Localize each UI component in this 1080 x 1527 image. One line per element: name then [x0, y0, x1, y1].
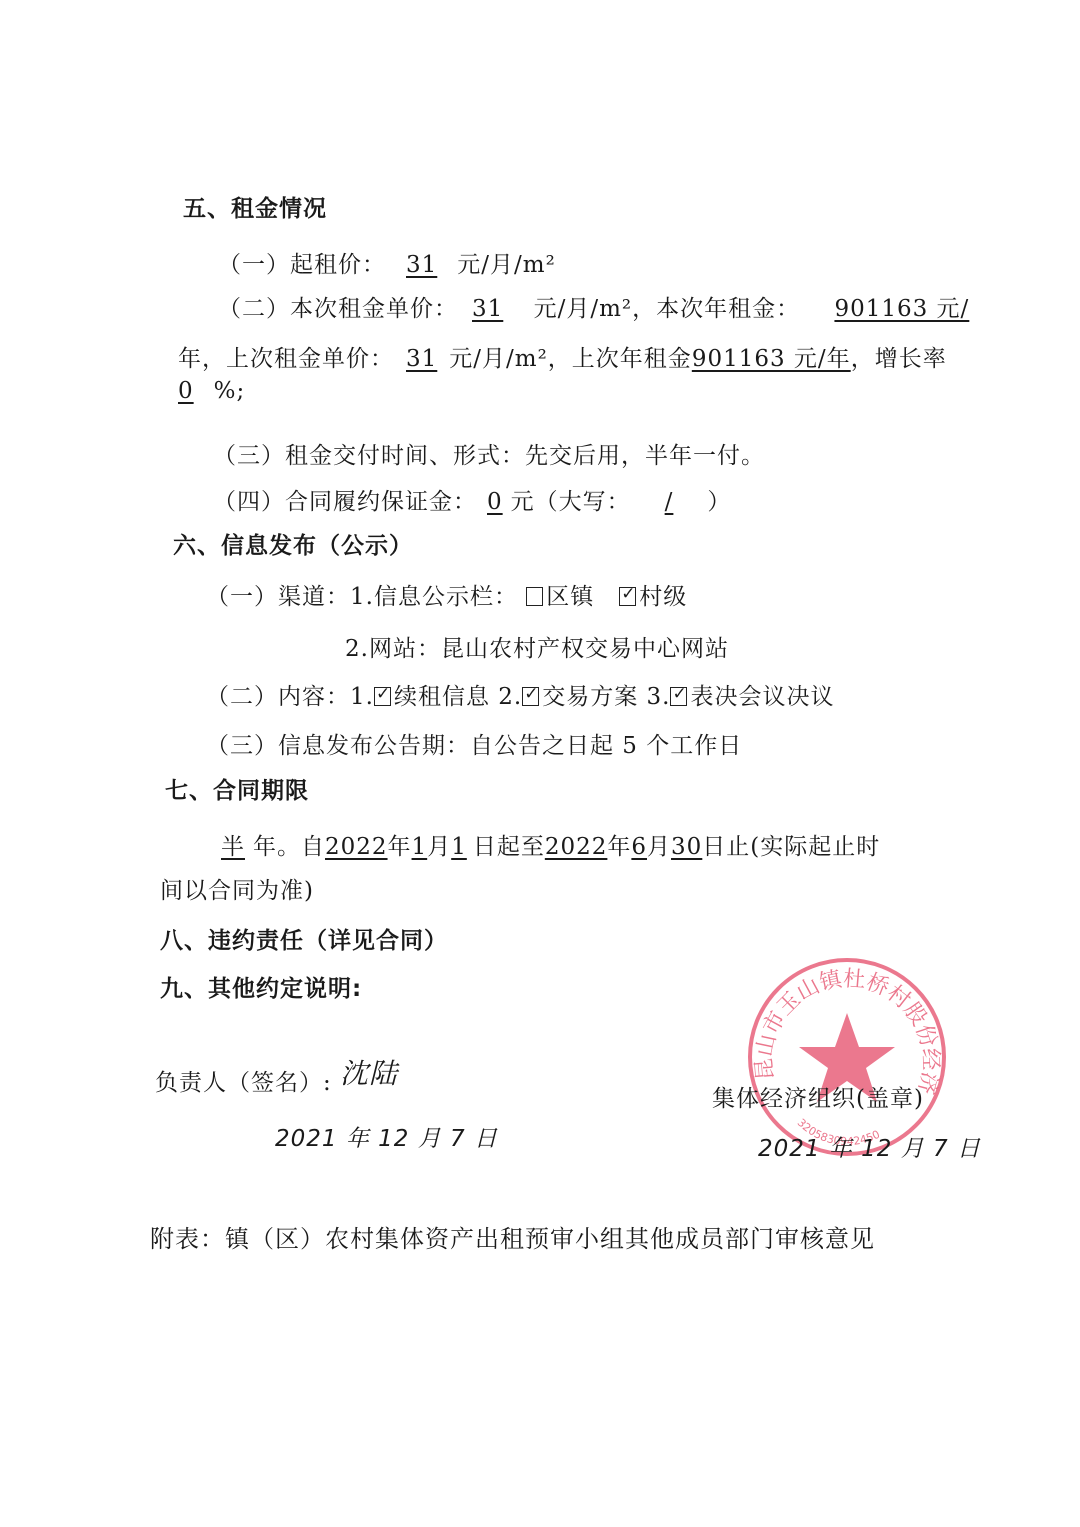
text: 日止(实际起止时	[702, 834, 880, 860]
section-term-title: 七、合同期限	[165, 772, 309, 805]
content-line: （二）内容：1.续租信息 2.交易方案 3.表决会议决议	[206, 678, 834, 711]
option-label: 村级	[639, 584, 687, 610]
payment-line: （三）租金交付时间、形式：先交后用，半年一付。	[213, 437, 765, 470]
unit: 元/月/m²，本次年租金：	[534, 296, 801, 322]
text: 年	[388, 834, 412, 860]
seal-date: 2021 年 12 月 7 日	[758, 1130, 981, 1163]
label: （一）渠道：1.信息公示栏：	[206, 584, 518, 610]
growth-suffix: %;	[214, 378, 246, 404]
start-price-line: （一）起租价：31元/月/m²	[218, 246, 556, 279]
label: （二）本次租金单价：	[218, 296, 458, 322]
text: 年。自	[253, 834, 325, 860]
end-year: 2022	[545, 834, 608, 860]
deposit-line: （四）合同履约保证金：0元（大写：/）	[213, 483, 731, 516]
section-breach-title: 八、违约责任（详见合同）	[160, 922, 448, 955]
deposit-capital: /	[631, 489, 708, 515]
unit: 元/月/m²	[457, 252, 556, 278]
deposit-value: 0	[477, 489, 511, 515]
current-annual-value: 901163 元/	[808, 290, 969, 323]
option-label: 续租信息	[394, 684, 490, 710]
growth-line: 0%;	[178, 378, 245, 404]
period-line: （三）信息发布公告期：自公告之日起 5 个工作日	[206, 727, 742, 760]
start-price-value: 31	[386, 252, 457, 278]
signature-handwriting: 沈陆	[340, 1052, 398, 1092]
channel-line: （一）渠道：1.信息公示栏： 区镇 村级	[206, 578, 687, 611]
checkbox-renewal-info[interactable]	[374, 687, 391, 706]
num: 3.	[647, 684, 671, 710]
label: 年，上次租金单价：	[178, 346, 394, 372]
growth-label: ，增长率	[851, 346, 947, 372]
num: 1.	[350, 684, 374, 710]
website-line: 2.网站：昆山农村产权交易中心网站	[345, 630, 729, 663]
close-paren: ）	[707, 489, 731, 515]
checkbox-village[interactable]	[619, 587, 636, 606]
section-other-title: 九、其他约定说明:	[160, 970, 362, 1003]
end-month: 6	[631, 834, 647, 860]
current-price-value: 31	[458, 296, 525, 322]
last-annual-value: 901163 元/年	[692, 340, 851, 373]
start-month: 1	[412, 834, 428, 860]
num: 2.	[498, 684, 522, 710]
unit: 元/月/m²，上次年租金	[449, 346, 692, 372]
option-label: 表决会议决议	[690, 684, 834, 710]
checkbox-district-town[interactable]	[526, 587, 543, 606]
growth-value: 0	[178, 378, 214, 404]
section-publish-title: 六、信息发布（公示）	[173, 527, 413, 560]
end-day: 30	[671, 834, 702, 860]
checkbox-vote-resolution[interactable]	[670, 687, 687, 706]
start-year: 2022	[325, 834, 388, 860]
text: 月	[647, 834, 671, 860]
label: （二）内容：	[206, 684, 350, 710]
section-rent-title: 五、租金情况	[183, 190, 327, 223]
signature-label: 负责人（签名）:	[155, 1064, 332, 1097]
label: （一）起租价：	[218, 252, 386, 278]
start-day: 1	[451, 834, 473, 860]
option-label: 区镇	[546, 584, 594, 610]
option-label: 交易方案	[542, 684, 638, 710]
label: （四）合同履约保证金：	[213, 489, 477, 515]
last-price-value: 31	[394, 346, 449, 372]
duration: 半	[213, 828, 253, 861]
unit: 元（大写：	[511, 489, 631, 515]
term-line-2: 间以合同为准)	[160, 872, 314, 905]
text: 年	[607, 834, 631, 860]
text: 日起至	[473, 834, 545, 860]
last-price-line: 年，上次租金单价：31元/月/m²，上次年租金901163 元/年，增长率	[178, 340, 947, 373]
attachment-note: 附表：镇（区）农村集体资产出租预审小组其他成员部门审核意见	[150, 1219, 875, 1254]
signature-date: 2021 年 12 月 7 日	[275, 1120, 498, 1153]
seal-label: 集体经济组织(盖章)	[712, 1080, 924, 1113]
current-price-line: （二）本次租金单价：31 元/月/m²，本次年租金： 901163 元/	[218, 290, 969, 323]
text: 月	[427, 834, 451, 860]
checkbox-trade-plan[interactable]	[522, 687, 539, 706]
term-line: 半年。自2022年1月1日起至2022年6月30日止(实际起止时	[213, 828, 880, 861]
